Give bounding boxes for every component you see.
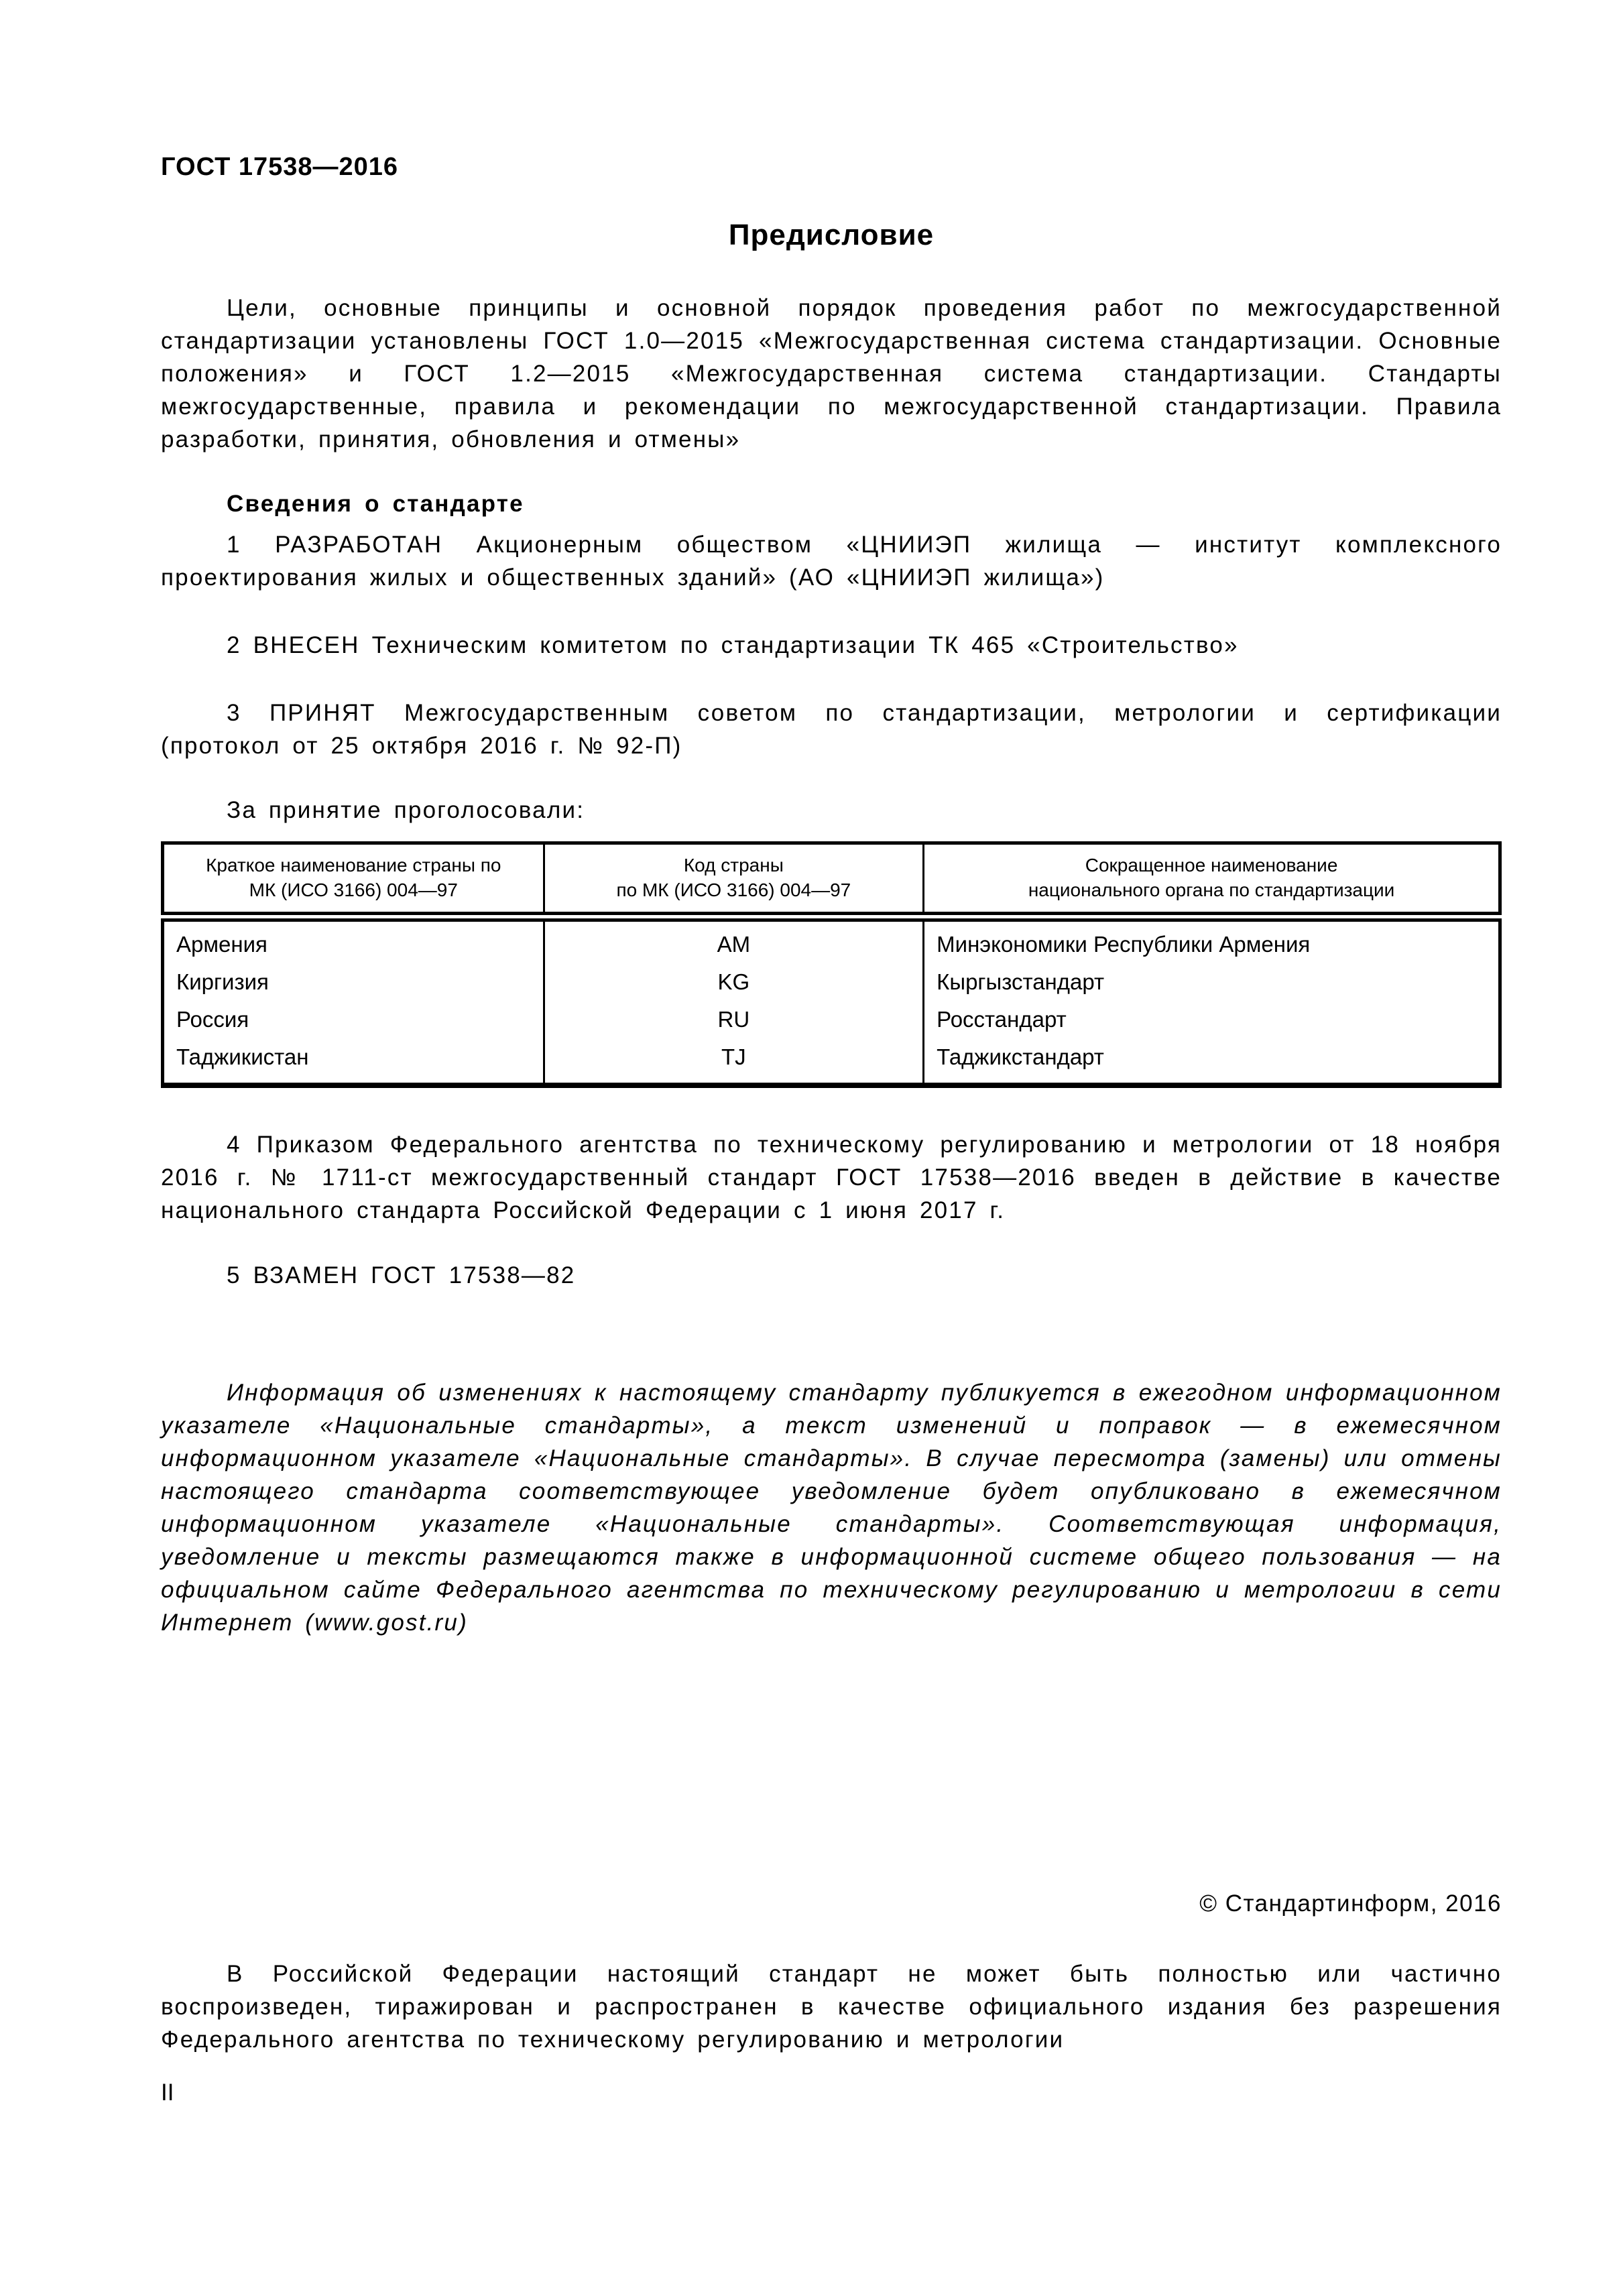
doc-number: ГОСТ 17538—2016 — [161, 151, 1502, 183]
table-cell: TJ — [544, 1038, 924, 1085]
intro-paragraph: Цели, основные принципы и основной поряд… — [161, 292, 1502, 456]
table-row: АрменияAMМинэкономики Республики Армения — [163, 917, 1500, 964]
table-cell: RU — [544, 1001, 924, 1038]
vote-intro-line: За принятие проголосовали: — [161, 794, 1502, 827]
column-header-country-code: Код страны по МК (ИСО 3166) 004—97 — [544, 843, 924, 917]
table-cell: Киргизия — [163, 963, 544, 1001]
table-cell: Кыргызстандарт — [924, 963, 1500, 1001]
document-page: ГОСТ 17538—2016 Предисловие Цели, основн… — [0, 0, 1623, 2296]
clause-replaces: 5 ВЗАМЕН ГОСТ 17538—82 — [161, 1259, 1502, 1292]
table-row: ТаджикистанTJТаджикстандарт — [163, 1038, 1500, 1085]
vote-table-body: АрменияAMМинэкономики Республики Армения… — [163, 917, 1500, 1086]
amendments-note: Информация об изменениях к настоящему ст… — [161, 1376, 1502, 1639]
table-cell: Таджикистан — [163, 1038, 544, 1085]
clause-developed: 1 РАЗРАБОТАН Акционерным обществом «ЦНИИ… — [161, 528, 1502, 594]
vote-table: Краткое наименование страны по МК (ИСО 3… — [161, 841, 1502, 1088]
column-header-country-name: Краткое наименование страны по МК (ИСО 3… — [163, 843, 544, 917]
restriction-paragraph: В Российской Федерации настоящий стандар… — [161, 1957, 1502, 2056]
table-cell: KG — [544, 963, 924, 1001]
clause-adopted: 3 ПРИНЯТ Межгосударственным советом по с… — [161, 697, 1502, 762]
page-title: Предисловие — [161, 218, 1502, 253]
clause-order: 4 Приказом Федерального агентства по тех… — [161, 1128, 1502, 1227]
table-cell: Минэкономики Республики Армения — [924, 917, 1500, 964]
page-number: II — [161, 2076, 1502, 2109]
clause-submitted: 2 ВНЕСЕН Техническим комитетом по станда… — [161, 629, 1502, 662]
table-row: КиргизияKGКыргызстандарт — [163, 963, 1500, 1001]
table-cell: Армения — [163, 917, 544, 964]
table-cell: AM — [544, 917, 924, 964]
table-cell: Росстандарт — [924, 1001, 1500, 1038]
table-header-row: Краткое наименование страны по МК (ИСО 3… — [163, 843, 1500, 917]
standard-info-heading: Сведения о стандарте — [161, 487, 1502, 520]
copyright-line: © Стандартинформ, 2016 — [161, 1887, 1502, 1920]
table-row: РоссияRUРосстандарт — [163, 1001, 1500, 1038]
table-cell: Таджикстандарт — [924, 1038, 1500, 1085]
table-cell: Россия — [163, 1001, 544, 1038]
vote-table-header: Краткое наименование страны по МК (ИСО 3… — [163, 843, 1500, 917]
column-header-national-body: Сокращенное наименование национального о… — [924, 843, 1500, 917]
